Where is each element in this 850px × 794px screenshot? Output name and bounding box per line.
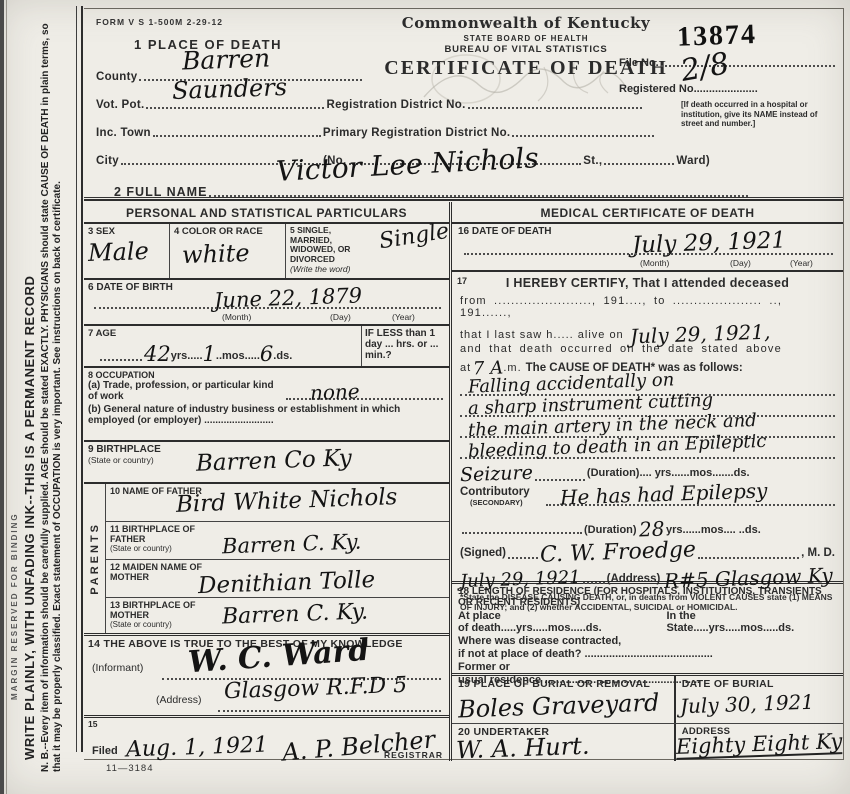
- occupation-b-label: (b) General nature of industry business …: [88, 404, 445, 426]
- county-value: Barren: [182, 45, 271, 73]
- mother-birthplace-label: 13 BIRTHPLACE OF MOTHER: [110, 600, 230, 620]
- father-name-row: 10 NAME OF FATHER Bird White Nichols: [106, 484, 449, 522]
- full-name-value: Victor Lee Nichols: [275, 144, 539, 186]
- where-contracted-line-2: if not at place of death? ..............…: [458, 648, 837, 660]
- age-days-value: 6: [260, 344, 273, 365]
- ward-line: [604, 162, 674, 165]
- certificate-form: FORM V S 1-500M 2-29-12 1 PLACE OF DEATH…: [84, 8, 844, 760]
- address-dots: [583, 581, 605, 584]
- street-label: St.,: [583, 155, 602, 167]
- burial-place-cell: 19 PLACE OF BURIAL OR REMOVAL Boles Grav…: [452, 676, 674, 723]
- signed-dots-2: [698, 556, 799, 559]
- burial-place-value: Boles Graveyard: [458, 690, 660, 721]
- occupation-trade-line: (a) Trade, profession, or particular kin…: [88, 380, 445, 402]
- reg-district-line: [468, 106, 642, 109]
- parents-vertical-label-strip: PARENTS: [84, 484, 106, 633]
- burial-row: 19 PLACE OF BURIAL OR REMOVAL Boles Grav…: [452, 676, 843, 724]
- dod-month-sublabel: (Month): [640, 258, 669, 268]
- at-place-block: At place of death.....yrs.....mos.....ds…: [458, 610, 666, 634]
- physician-address-label: (Address): [607, 573, 661, 585]
- informant-section: 14 THE ABOVE IS TRUE TO THE BEST OF MY K…: [84, 636, 449, 718]
- certify-statement: I HEREBY CERTIFY, That I attended deceas…: [460, 276, 835, 290]
- signed-dots-1: [508, 556, 538, 559]
- page-binding-edge: [0, 0, 7, 794]
- father-birthplace-label: 11 BIRTHPLACE OF FATHER: [110, 524, 230, 544]
- hospital-note: [If death occurred in a hospital or inst…: [681, 100, 829, 129]
- sex-cell: 3 SEX Male: [84, 224, 170, 278]
- inc-town-label: Inc. Town: [96, 127, 151, 139]
- physician-address-value: R#5 Glasgow Ky: [664, 565, 833, 591]
- duration2-value: 28: [638, 519, 664, 540]
- father-birthplace-value: Barren C. Ky.: [222, 532, 362, 558]
- last-saw-label: that I last saw h..... alive on: [460, 329, 624, 341]
- stamped-file-number: 13874: [676, 16, 837, 54]
- contributory-value: He has had Epilepsy: [560, 480, 768, 507]
- last-saw-line: that I last saw h..... alive on July 29,…: [460, 321, 835, 341]
- contributory-line: Contributory (SECONDARY) He has had Epil…: [460, 486, 835, 514]
- filed-section: 15 Filed Aug. 1, 1921 A. P. Belcher REGI…: [84, 718, 449, 761]
- write-the-word-label: (Write the word): [290, 264, 445, 274]
- informant-address-line: [218, 710, 441, 712]
- margin-note-binding: MARGIN RESERVED FOR BINDING: [10, 400, 19, 700]
- birthplace-label: 9 BIRTHPLACE: [88, 444, 161, 455]
- contributory-fill: He has had Epilepsy: [546, 486, 835, 506]
- age-label: 7 AGE: [88, 328, 116, 339]
- dob-label: 6 DATE OF BIRTH: [88, 282, 173, 293]
- birthplace-row: 9 BIRTHPLACE (State or country) Barren C…: [84, 442, 449, 484]
- personal-title: PERSONAL AND STATISTICAL PARTICULARS: [84, 202, 449, 224]
- mother-maiden-name-value: Denithian Tolle: [198, 569, 376, 598]
- occupation-a-label: (a) Trade, profession, or particular kin…: [88, 380, 284, 402]
- color-race-label: 4 COLOR OR RACE: [174, 226, 263, 237]
- occupation-label: 8 OCCUPATION: [88, 370, 445, 380]
- signed-date-value: July 29, 1921: [460, 569, 581, 591]
- duration1-dots: [535, 478, 585, 481]
- secondary-label: (SECONDARY): [470, 498, 546, 507]
- county-label: County: [96, 71, 137, 83]
- file-number-block: 13874 2/8 File No. Registered No........…: [619, 19, 837, 129]
- section-divider: [84, 197, 843, 201]
- form-code: FORM V S 1-500M 2-29-12: [96, 17, 223, 27]
- personal-column: PERSONAL AND STATISTICAL PARTICULARS 3 S…: [84, 202, 452, 761]
- primary-reg-line: [512, 134, 654, 137]
- informant-address-label: (Address): [156, 694, 202, 706]
- burial-place-label: 19 PLACE OF BURIAL OR REMOVAL: [458, 678, 668, 690]
- duration2-dots: [462, 531, 582, 534]
- file-no-label: File No.: [619, 57, 659, 69]
- md-label: , M. D.: [801, 547, 835, 559]
- dob-day-sublabel: (Day): [330, 312, 351, 322]
- dod-line: [464, 253, 833, 255]
- marital-label: 5 SINGLE, MARRIED, WIDOWED, OR DIVORCED: [290, 226, 374, 264]
- signed-line: (Signed) C. W. Froedge , M. D.: [460, 539, 835, 561]
- voting-precinct-value: Saunders: [172, 75, 288, 103]
- filed-number: 15: [88, 719, 97, 729]
- dob-line: [94, 307, 441, 309]
- marital-value: Single: [377, 221, 450, 254]
- dob-year-sublabel: (Year): [392, 312, 415, 322]
- undertaker-address-cell: ADDRESS Eighty Eight Ky: [674, 724, 843, 761]
- ward-label: Ward): [676, 155, 710, 167]
- undertaker-address-value: Eighty Eight Ky: [675, 731, 842, 760]
- mother-birthplace-value: Barren C. Ky.: [222, 601, 369, 628]
- if-less-note: IF LESS than 1 day ... hrs. or ... min.?: [361, 326, 449, 366]
- vot-pot-line: [146, 106, 324, 109]
- in-state-block: In the State.....yrs.....mos.....ds.: [666, 610, 794, 634]
- occupation-value: none: [310, 381, 360, 403]
- dod-label: 16 DATE OF DEATH: [458, 226, 552, 237]
- where-contracted-line-1: Where was disease contracted,: [458, 635, 837, 647]
- in-state-line-2: State.....yrs.....mos.....ds.: [666, 622, 794, 634]
- vot-pot-label: Vot. Pot.: [96, 99, 144, 111]
- parents-vertical-label: PARENTS: [89, 522, 101, 595]
- date-of-birth-row: 6 DATE OF BIRTH June 22, 1879 (Month) (D…: [84, 280, 449, 326]
- dod-day-sublabel: (Day): [730, 258, 751, 268]
- at-label: at: [460, 362, 471, 374]
- age-values: 42 yrs..... 1 ..mos..... 6 .ds.: [98, 342, 357, 363]
- medical-column: MEDICAL CERTIFICATE OF DEATH 16 DATE OF …: [452, 202, 843, 761]
- parents-rows: 10 NAME OF FATHER Bird White Nichols 11 …: [106, 484, 449, 633]
- sex-label: 3 SEX: [88, 226, 115, 237]
- informant-address-value: Glasgow R.F.D 5: [224, 675, 408, 703]
- am-label: .m.: [503, 362, 521, 374]
- signed-date-address-line: July 29, 1921 (Address) R#5 Glasgow Ky: [460, 565, 835, 586]
- age-months-label: ..mos.....: [216, 350, 260, 362]
- informant-label: (Informant): [92, 662, 143, 674]
- item-17-number: 17: [457, 276, 467, 286]
- medical-title: MEDICAL CERTIFICATE OF DEATH: [452, 202, 843, 224]
- violent-causes-footnote: *State the DISEASE CAUSING DEATH, or, in…: [460, 592, 835, 612]
- inc-town-row: Inc. Town Primary Registration District …: [96, 127, 656, 139]
- form-print-code: 11—3184: [106, 763, 154, 774]
- undertaker-cell: 20 UNDERTAKER W. A. Hurt.: [452, 724, 674, 761]
- duration1-label: (Duration).... yrs......mos.......ds.: [587, 467, 750, 479]
- father-birthplace-row: 11 BIRTHPLACE OF FATHER (State or countr…: [106, 522, 449, 560]
- cause-line-5-duration: Seizure (Duration).... yrs......mos.....…: [460, 461, 835, 483]
- birthplace-value: Barren Co Ky: [196, 447, 353, 475]
- age-row: 7 AGE 42 yrs..... 1 ..mos..... 6 .ds. IF…: [84, 326, 449, 368]
- undertaker-value: W. A. Hurt.: [456, 734, 590, 763]
- signed-label: (Signed): [460, 547, 506, 559]
- occupation-row: 8 OCCUPATION (a) Trade, profession, or p…: [84, 368, 449, 442]
- contributory-label: Contributory: [460, 486, 546, 498]
- sex-race-marital-row: 3 SEX Male 4 COLOR OR RACE white 5 SINGL…: [84, 224, 449, 280]
- duration2-line: (Duration) 28 yrs......mos.... ..ds.: [460, 516, 835, 536]
- former-residence-line-1: Former or: [458, 661, 837, 673]
- last-saw-value: July 29, 1921,: [629, 322, 770, 347]
- at-place-line-2: of death.....yrs.....mos.....ds.: [458, 622, 666, 634]
- inc-town-line: [153, 134, 321, 137]
- mother-birthplace-row: 13 BIRTHPLACE OF MOTHER (State or countr…: [106, 598, 449, 636]
- contributory-labels: Contributory (SECONDARY): [460, 486, 546, 507]
- burial-date-value: July 30, 1921: [679, 692, 814, 717]
- filed-date-value: Aug. 1, 1921: [125, 735, 268, 762]
- margin-note-nb: N. B.--Every item of information should …: [40, 10, 63, 772]
- death-certificate-page: MARGIN RESERVED FOR BINDING WRITE PLAINL…: [0, 0, 850, 794]
- age-days-label: .ds.: [273, 350, 292, 362]
- margin-note-permanent-record: WRITE PLAINLY, WITH UNFADING INK--THIS I…: [22, 0, 37, 760]
- duration2-units: yrs......mos.... ..ds.: [666, 524, 761, 536]
- registrar-label: REGISTRAR: [384, 750, 443, 760]
- age-lead-line: [100, 358, 142, 361]
- physician-signature: C. W. Froedge: [540, 539, 697, 566]
- dod-year-sublabel: (Year): [790, 258, 813, 268]
- registered-no-row: Registered No.....................: [619, 83, 837, 95]
- color-race-cell: 4 COLOR OR RACE white: [170, 224, 286, 278]
- primary-reg-label: Primary Registration District No.: [323, 127, 511, 139]
- date-of-death-row: 16 DATE OF DEATH July 29, 1921 (Month) (…: [452, 224, 843, 272]
- attended-from-line: from ......................., 191...., t…: [460, 295, 835, 319]
- particulars-columns: PERSONAL AND STATISTICAL PARTICULARS 3 S…: [84, 202, 843, 761]
- reg-district-label: Registration District No.: [326, 99, 465, 111]
- burial-date-label: DATE OF BURIAL: [682, 678, 837, 690]
- father-name-value: Bird White Nichols: [176, 486, 398, 517]
- marital-cell: 5 SINGLE, MARRIED, WIDOWED, OR DIVORCED …: [286, 224, 449, 278]
- filed-label: Filed: [92, 745, 118, 757]
- sex-value: Male: [88, 239, 150, 265]
- cause-text-5: Seizure: [460, 464, 534, 486]
- age-years-value: 42: [144, 344, 171, 365]
- age-months-value: 1: [203, 344, 216, 365]
- burial-date-cell: DATE OF BURIAL July 30, 1921: [674, 676, 843, 723]
- undertaker-row: 20 UNDERTAKER W. A. Hurt. ADDRESS Eighty…: [452, 724, 843, 761]
- duration2-label: (Duration): [584, 524, 637, 536]
- parents-section: PARENTS 10 NAME OF FATHER Bird White Nic…: [84, 484, 449, 636]
- certify-section: 17 I HEREBY CERTIFY, That I attended dec…: [452, 272, 843, 584]
- age-years-label: yrs.....: [171, 350, 203, 362]
- color-race-value: white: [182, 241, 250, 267]
- margin-divider-rule: [76, 6, 83, 752]
- city-label: City: [96, 155, 119, 167]
- mother-maiden-name-row: 12 MAIDEN NAME OF MOTHER Denithian Tolle: [106, 560, 449, 598]
- cause-line-4: bleeding to death in an Epileptic: [460, 440, 835, 459]
- residence-columns: At place of death.....yrs.....mos.....ds…: [458, 610, 837, 634]
- file-number-handwritten: 2/8: [679, 49, 732, 87]
- dob-month-sublabel: (Month): [222, 312, 251, 322]
